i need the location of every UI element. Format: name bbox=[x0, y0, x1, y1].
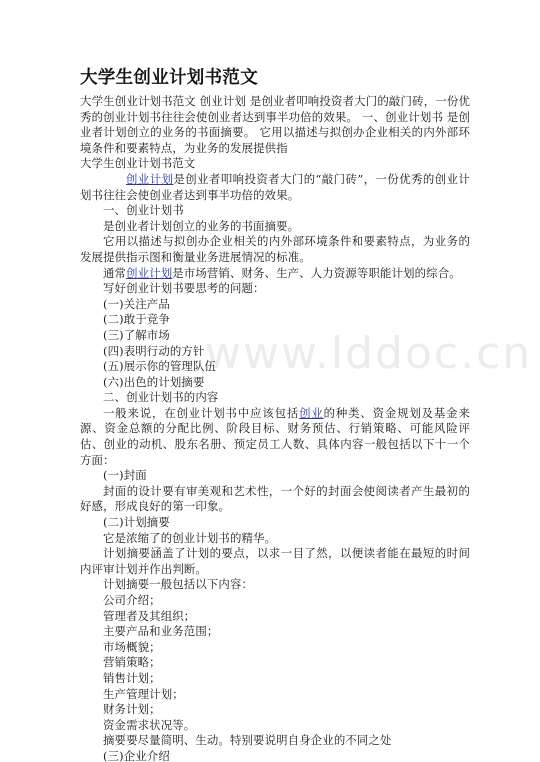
plan-summary-heading: (二)计划摘要 bbox=[80, 515, 470, 531]
section-1-para-3: 通常创业计划是市场营销、财务、生产、人力资源等职能计划的综合。 bbox=[80, 266, 470, 282]
plan-summary-para-3: 计划摘要一般包括以下内容： bbox=[80, 577, 470, 593]
link-startup-plan[interactable]: 创业计划 bbox=[126, 172, 173, 186]
question-item: (六)出色的计划摘要 bbox=[80, 375, 470, 391]
summary-list-item: 财务计划； bbox=[80, 702, 470, 718]
summary-list-item: 管理者及其组织； bbox=[80, 609, 470, 625]
document-title: 大学生创业计划书范文 bbox=[80, 66, 470, 90]
question-item: (二)敢于竞争 bbox=[80, 312, 470, 328]
subtitle: 大学生创业计划书范文 bbox=[80, 156, 470, 172]
question-item: (一)关注产品 bbox=[80, 297, 470, 313]
plan-summary-para-2: 计划摘要涵盖了计划的要点，以求一目了然，以便读者能在最短的时间内评审计划并作出判… bbox=[80, 546, 470, 577]
summary-paragraph: 大学生创业计划书范文 创业计划 是创业者叩响投资者大门的敲门砖，一份优秀的创业计… bbox=[80, 94, 470, 156]
section-2-para-1: 一般来说，在创业计划书中应该包括创业的种类、资金规划及基金来源、资金总额的分配比… bbox=[80, 406, 470, 468]
plan-summary-para-1: 它是浓缩了的创业计划书的精华。 bbox=[80, 531, 470, 547]
question-item: (五)展示你的管理队伍 bbox=[80, 359, 470, 375]
section-2-heading: 二、创业计划书的内容 bbox=[80, 390, 470, 406]
summary-list-item: 生产管理计划； bbox=[80, 687, 470, 703]
question-item: (四)表明行动的方针 bbox=[80, 344, 470, 360]
link-startup-plan-2[interactable]: 创业计划 bbox=[126, 266, 172, 280]
question-item: (三)了解市场 bbox=[80, 328, 470, 344]
document-page: 大学生创业计划书范文 大学生创业计划书范文 创业计划 是创业者叩响投资者大门的敲… bbox=[80, 66, 470, 762]
section-1-heading: 一、创业计划书 bbox=[80, 203, 470, 219]
questions-heading: 写好创业计划书要思考的问题： bbox=[80, 281, 470, 297]
cover-paragraph: 封面的设计要有审美观和艺术性，一个好的封面会使阅读者产生最初的好感，形成良好的第… bbox=[80, 484, 470, 515]
section-1-para-1: 是创业者计划创立的业务的书面摘要。 bbox=[80, 219, 470, 235]
summary-list-item: 主要产品和业务范围； bbox=[80, 624, 470, 640]
summary-list-item: 市场概貌； bbox=[80, 640, 470, 656]
summary-list-item: 销售计划； bbox=[80, 671, 470, 687]
summary-list-item: 公司介绍； bbox=[80, 593, 470, 609]
intro-paragraph: 创业计划是创业者叩响投资者大门的“敲门砖”，一份优秀的创业计划书往往会使创业者达… bbox=[80, 172, 470, 203]
plan-summary-para-4: 摘要要尽量简明、生动。特别要说明自身企业的不同之处 bbox=[80, 733, 470, 749]
section-1-para-2: 它用以描述与拟创办企业相关的内外部环境条件和要素特点，为业务的发展提供指示图和衡… bbox=[80, 234, 470, 265]
summary-list-item: 营销策略； bbox=[80, 655, 470, 671]
summary-list-item: 资金需求状况等。 bbox=[80, 718, 470, 734]
link-entrepreneurship[interactable]: 创业 bbox=[299, 406, 324, 420]
company-intro-heading: (三)企业介绍 bbox=[80, 749, 470, 762]
cover-heading: (一)封面 bbox=[80, 468, 470, 484]
